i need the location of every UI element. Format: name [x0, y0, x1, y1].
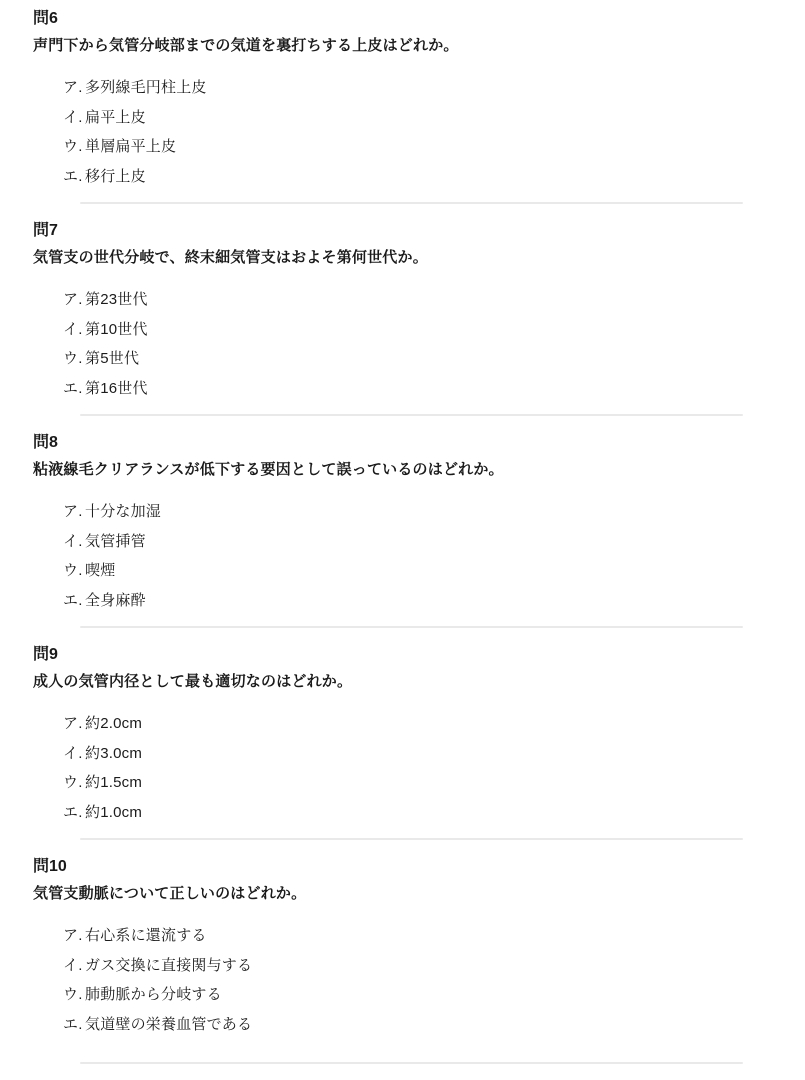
option-letter: ウ. [63, 138, 85, 155]
question-block-10: 問10 気管支動脈について正しいのはどれか。 ア.右心系に還流する イ.ガス交換… [0, 848, 805, 1080]
option-text: 約3.0cm [85, 745, 142, 762]
question-number: 問7 [33, 222, 765, 239]
option-text: 移行上皮 [85, 168, 146, 185]
option-letter: イ. [63, 957, 85, 974]
option-text: 第10世代 [85, 321, 148, 338]
option-letter: ア. [63, 79, 85, 96]
option-letter: エ. [63, 380, 85, 397]
section-divider [80, 414, 743, 416]
option-item: イ.扁平上皮 [63, 109, 765, 139]
option-letter: イ. [63, 533, 85, 550]
option-text: 右心系に還流する [85, 927, 207, 944]
option-text: 約1.0cm [85, 804, 142, 821]
question-number: 問10 [33, 858, 765, 875]
question-text: 成人の気管内径として最も適切なのはどれか。 [33, 674, 765, 690]
option-letter: エ. [63, 1016, 85, 1033]
option-item: イ.約3.0cm [63, 745, 765, 775]
section-divider [80, 1062, 743, 1064]
option-letter: ア. [63, 291, 85, 308]
options-list: ア.多列線毛円柱上皮 イ.扁平上皮 ウ.単層扁平上皮 エ.移行上皮 [33, 79, 765, 197]
option-letter: ウ. [63, 562, 85, 579]
option-letter: ア. [63, 927, 85, 944]
option-text: 第23世代 [85, 291, 148, 308]
options-list: ア.約2.0cm イ.約3.0cm ウ.約1.5cm エ.約1.0cm [33, 715, 765, 833]
option-text: ガス交換に直接関与する [85, 957, 252, 974]
option-item: エ.気道壁の栄養血管である [63, 1016, 765, 1046]
option-text: 単層扁平上皮 [85, 138, 176, 155]
option-letter: ウ. [63, 986, 85, 1003]
option-letter: ウ. [63, 774, 85, 791]
option-item: エ.全身麻酔 [63, 592, 765, 622]
option-letter: エ. [63, 168, 85, 185]
option-item: ア.右心系に還流する [63, 927, 765, 957]
option-item: イ.第10世代 [63, 321, 765, 351]
option-item: ウ.第5世代 [63, 350, 765, 380]
option-item: ウ.肺動脈から分岐する [63, 986, 765, 1016]
option-text: 約1.5cm [85, 774, 142, 791]
option-letter: ウ. [63, 350, 85, 367]
option-text: 第5世代 [85, 350, 139, 367]
question-text: 声門下から気管分岐部までの気道を裏打ちする上皮はどれか。 [33, 38, 765, 54]
option-letter: ア. [63, 715, 85, 732]
option-item: ウ.単層扁平上皮 [63, 138, 765, 168]
options-list: ア.右心系に還流する イ.ガス交換に直接関与する ウ.肺動脈から分岐する エ.気… [33, 927, 765, 1045]
question-text: 粘液線毛クリアランスが低下する要因として誤っているのはどれか。 [33, 462, 765, 478]
option-item: ウ.約1.5cm [63, 774, 765, 804]
quiz-document-page: 問6 声門下から気管分岐部までの気道を裏打ちする上皮はどれか。 ア.多列線毛円柱… [0, 0, 805, 1080]
option-letter: エ. [63, 592, 85, 609]
section-divider [80, 626, 743, 628]
question-block-6: 問6 声門下から気管分岐部までの気道を裏打ちする上皮はどれか。 ア.多列線毛円柱… [0, 0, 805, 212]
question-block-7: 問7 気管支の世代分岐で、終末細気管支はおよそ第何世代か。 ア.第23世代 イ.… [0, 212, 805, 424]
option-item: エ.第16世代 [63, 380, 765, 410]
option-text: 第16世代 [85, 380, 148, 397]
option-item: エ.約1.0cm [63, 804, 765, 834]
option-letter: エ. [63, 804, 85, 821]
question-text: 気管支の世代分岐で、終末細気管支はおよそ第何世代か。 [33, 250, 765, 266]
option-letter: イ. [63, 745, 85, 762]
option-text: 多列線毛円柱上皮 [85, 79, 207, 96]
option-item: ア.多列線毛円柱上皮 [63, 79, 765, 109]
option-item: ア.十分な加湿 [63, 503, 765, 533]
option-text: 約2.0cm [85, 715, 142, 732]
option-text: 気道壁の栄養血管である [85, 1016, 252, 1033]
option-letter: イ. [63, 321, 85, 338]
option-item: ア.第23世代 [63, 291, 765, 321]
question-number: 問6 [33, 10, 765, 27]
question-block-9: 問9 成人の気管内径として最も適切なのはどれか。 ア.約2.0cm イ.約3.0… [0, 636, 805, 848]
question-block-8: 問8 粘液線毛クリアランスが低下する要因として誤っているのはどれか。 ア.十分な… [0, 424, 805, 636]
option-item: エ.移行上皮 [63, 168, 765, 198]
option-text: 全身麻酔 [85, 592, 146, 609]
option-text: 十分な加湿 [85, 503, 161, 520]
option-text: 扁平上皮 [85, 109, 146, 126]
option-item: ア.約2.0cm [63, 715, 765, 745]
option-item: ウ.喫煙 [63, 562, 765, 592]
option-letter: ア. [63, 503, 85, 520]
options-list: ア.第23世代 イ.第10世代 ウ.第5世代 エ.第16世代 [33, 291, 765, 409]
option-text: 肺動脈から分岐する [85, 986, 222, 1003]
option-text: 喫煙 [85, 562, 115, 579]
options-list: ア.十分な加湿 イ.気管挿管 ウ.喫煙 エ.全身麻酔 [33, 503, 765, 621]
question-number: 問8 [33, 434, 765, 451]
option-item: イ.気管挿管 [63, 533, 765, 563]
section-divider [80, 202, 743, 204]
section-divider [80, 838, 743, 840]
option-item: イ.ガス交換に直接関与する [63, 957, 765, 987]
question-text: 気管支動脈について正しいのはどれか。 [33, 886, 765, 902]
option-text: 気管挿管 [85, 533, 146, 550]
question-number: 問9 [33, 646, 765, 663]
option-letter: イ. [63, 109, 85, 126]
